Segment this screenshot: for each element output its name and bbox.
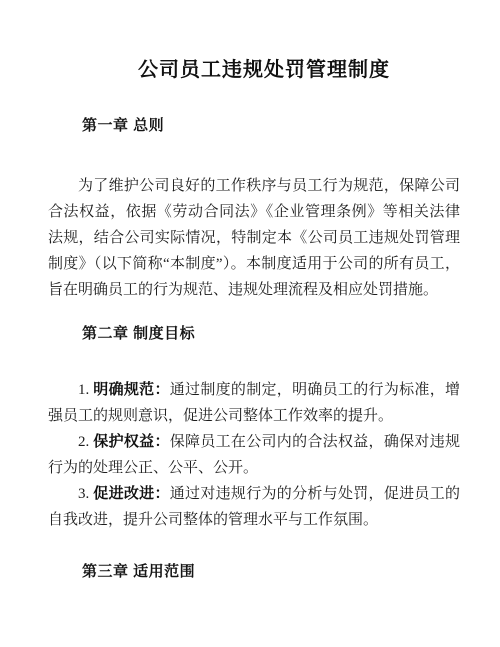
goal-item-2: 2. 保护权益：保障员工在公司内的合法权益，确保对违规行为的处理公正、公平、公开…	[48, 429, 460, 481]
goal-item-number: 3.	[78, 486, 89, 502]
chapter-heading-scope: 第三章 适用范围	[82, 561, 460, 583]
goal-item-number: 1.	[78, 382, 89, 398]
chapter-1-paragraph: 为了维护公司良好的工作秩序与员工行为规范，保障公司合法权益，依据《劳动合同法》《…	[48, 173, 460, 303]
document-page: 公司员工违规处罚管理制度 第一章 总则 为了维护公司良好的工作秩序与员工行为规范…	[0, 0, 500, 647]
goal-item-lead: 促进改进：	[93, 486, 169, 502]
goal-item-1: 1. 明确规范：通过制度的制定，明确员工的行为标准，增强员工的规则意识，促进公司…	[48, 377, 460, 429]
goal-item-lead: 保护权益：	[93, 434, 169, 450]
document-title: 公司员工违规处罚管理制度	[48, 55, 460, 85]
goal-item-3: 3. 促进改进：通过对违规行为的分析与处罚，促进员工的自我改进，提升公司整体的管…	[48, 481, 460, 533]
goal-item-lead: 明确规范：	[93, 382, 169, 398]
chapter-heading-general: 第一章 总则	[82, 115, 460, 137]
chapter-heading-goals: 第二章 制度目标	[82, 323, 460, 345]
goal-item-list: 1. 明确规范：通过制度的制定，明确员工的行为标准，增强员工的规则意识，促进公司…	[48, 377, 460, 533]
goal-item-number: 2.	[78, 434, 89, 450]
